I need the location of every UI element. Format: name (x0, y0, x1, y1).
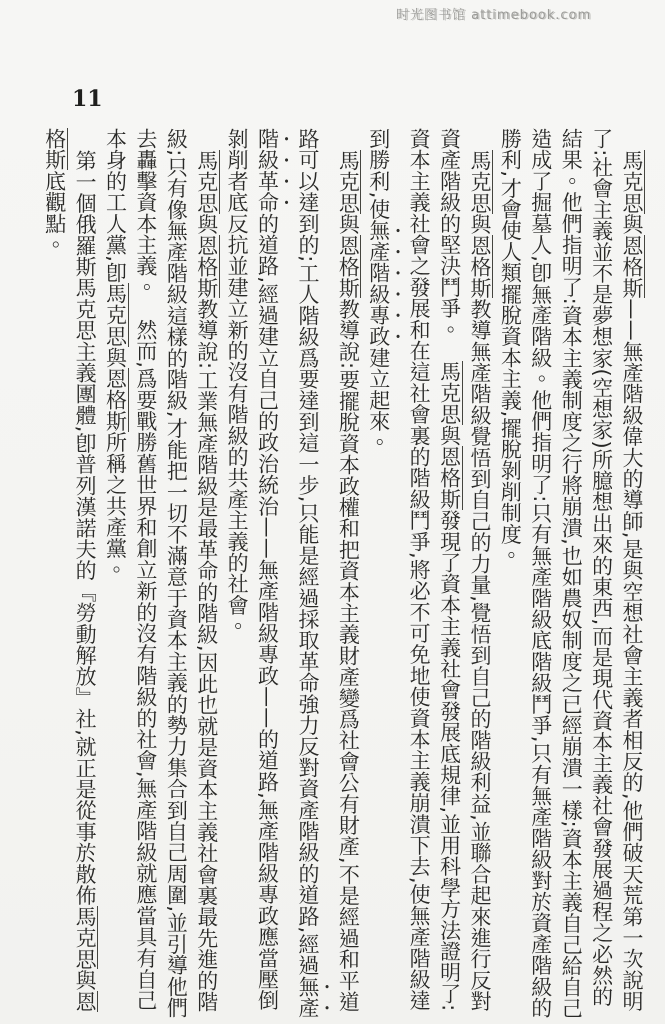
page-number: 11 (72, 86, 103, 112)
proper-name-mark: 馬克思 (73, 906, 98, 970)
proper-name-mark: 馬克思 (336, 150, 361, 214)
proper-name-mark: 恩格斯 (195, 235, 220, 299)
library-watermark: 时光图书馆 attimebook.com (396, 4, 591, 23)
text-segment: 與 (336, 214, 360, 235)
scanned-book-page: 时光图书馆 attimebook.com 11 馬克思與恩格斯——無產階級偉大的… (0, 0, 665, 1024)
text-segment: 建立起來。 (367, 347, 391, 453)
text-segment: 第一個俄羅斯馬克思主義團體,卽普列漢諾夫的『勞動解放』社,就正是從事於散佈 (73, 150, 97, 906)
text-segment: 所稱之共產黨。 (104, 432, 128, 580)
text-segment: 與 (438, 425, 462, 446)
text-segment: 底觀點。 (43, 170, 67, 255)
paragraph: 馬克思與恩格斯教導說:要擺脫資本政權和把資本主義財產變爲社會公有財產,不是經過和… (222, 128, 364, 1020)
proper-name-mark: 恩格斯 (620, 235, 645, 299)
proper-name-mark: 馬克思 (620, 150, 645, 214)
proper-name-mark: 恩格斯 (438, 446, 463, 510)
paragraph: 第一個俄羅斯馬克思主義團體,卽普列漢諾夫的『勞動解放』社,就正是從事於散佈馬克思… (39, 128, 100, 1020)
text-segment: 與 (468, 214, 492, 235)
paragraph: 馬克思與恩格斯教導說:工業無產階級是最革命的階級,因此也就是資本主義社會裏最先進… (100, 128, 222, 1020)
emphasis-dots: 無產階級專政 (367, 220, 391, 347)
text-segment: 與 (104, 347, 128, 368)
paragraph: 馬克思與恩格斯教導無產階級覺悟到自己的力量,覺悟到自己的階級利益,並聯合起來進行… (363, 128, 495, 1020)
text-segment: 的道路,經過建立自己的政治統治——無產階級專政——的道路,無產階級專政應當壓倒剝… (225, 128, 279, 1011)
paragraph: 馬克思與恩格斯——無產階級偉大的導師,是與空想社會主義者相反的,他們破天荒第一次… (495, 128, 647, 1020)
text-flow: 馬克思與恩格斯——無產階級偉大的導師,是與空想社會主義者相反的,他們破天荒第一次… (39, 128, 647, 1020)
text-segment: 與 (73, 969, 97, 990)
proper-name-mark: 馬克思 (195, 150, 220, 214)
text-segment: 與 (620, 214, 644, 235)
proper-name-mark: 馬克思 (468, 150, 493, 214)
text-segment: 與 (195, 214, 219, 235)
proper-name-mark: 馬克思 (438, 361, 463, 425)
proper-name-mark: 恩格斯 (468, 235, 493, 299)
proper-name-mark: 恩格斯 (104, 368, 129, 432)
proper-name-mark: 馬克思 (104, 283, 129, 347)
proper-name-mark: 恩格斯 (336, 235, 361, 299)
